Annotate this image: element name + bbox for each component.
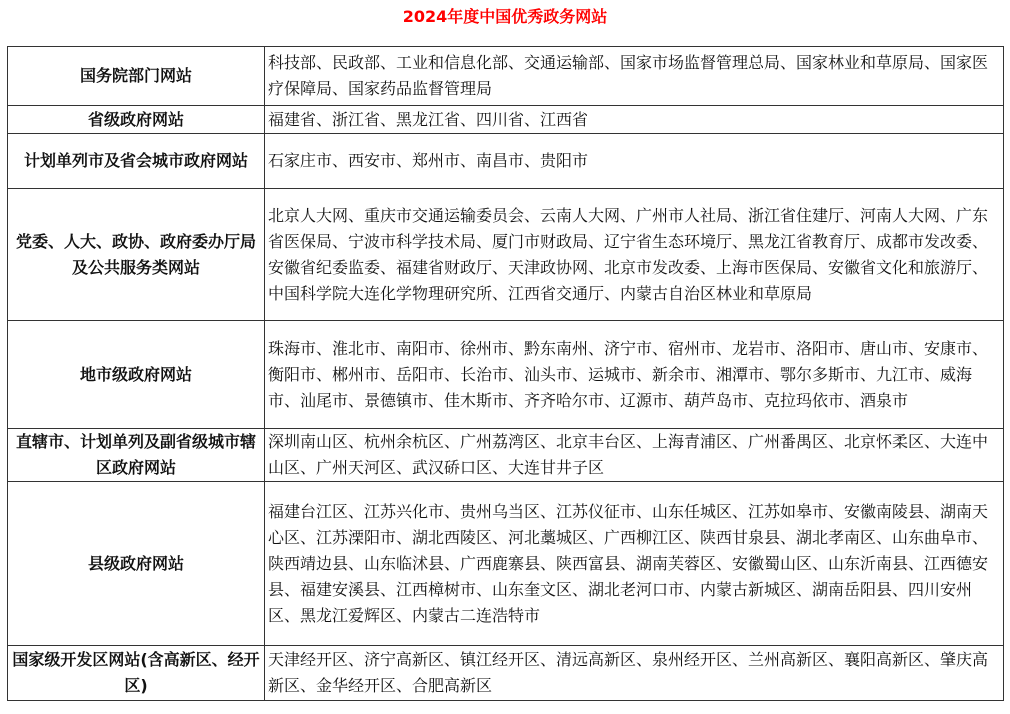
category-cell: 直辖市、计划单列及副省级城市辖区政府网站 — [8, 429, 265, 482]
table-row: 县级政府网站 福建台江区、江苏兴化市、贵州乌当区、江苏仪征市、山东任城区、江苏如… — [8, 482, 1004, 646]
table-row: 国家级开发区网站(含高新区、经开区) 天津经开区、济宁高新区、镇江经开区、清远高… — [8, 646, 1004, 701]
sites-cell: 福建省、浙江省、黑龙江省、四川省、江西省 — [265, 106, 1004, 134]
category-cell: 党委、人大、政协、政府委办厅局及公共服务类网站 — [8, 189, 265, 321]
table-row: 直辖市、计划单列及副省级城市辖区政府网站 深圳南山区、杭州余杭区、广州荔湾区、北… — [8, 429, 1004, 482]
category-cell: 计划单列市及省会城市政府网站 — [8, 134, 265, 189]
table-row: 计划单列市及省会城市政府网站 石家庄市、西安市、郑州市、南昌市、贵阳市 — [8, 134, 1004, 189]
table-row: 省级政府网站 福建省、浙江省、黑龙江省、四川省、江西省 — [8, 106, 1004, 134]
awards-table: 国务院部门网站 科技部、民政部、工业和信息化部、交通运输部、国家市场监督管理总局… — [7, 46, 1004, 701]
category-cell: 县级政府网站 — [8, 482, 265, 646]
category-cell: 国务院部门网站 — [8, 47, 265, 106]
sites-cell: 北京人大网、重庆市交通运输委员会、云南人大网、广州市人社局、浙江省住建厅、河南人… — [265, 189, 1004, 321]
category-cell: 省级政府网站 — [8, 106, 265, 134]
page-title: 2024年度中国优秀政务网站 — [0, 6, 1010, 28]
sites-cell: 天津经开区、济宁高新区、镇江经开区、清远高新区、泉州经开区、兰州高新区、襄阳高新… — [265, 646, 1004, 701]
table-row: 党委、人大、政协、政府委办厅局及公共服务类网站 北京人大网、重庆市交通运输委员会… — [8, 189, 1004, 321]
category-cell: 国家级开发区网站(含高新区、经开区) — [8, 646, 265, 701]
table-row: 国务院部门网站 科技部、民政部、工业和信息化部、交通运输部、国家市场监督管理总局… — [8, 47, 1004, 106]
sites-cell: 深圳南山区、杭州余杭区、广州荔湾区、北京丰台区、上海青浦区、广州番禺区、北京怀柔… — [265, 429, 1004, 482]
category-cell: 地市级政府网站 — [8, 321, 265, 429]
sites-cell: 科技部、民政部、工业和信息化部、交通运输部、国家市场监督管理总局、国家林业和草原… — [265, 47, 1004, 106]
sites-cell: 石家庄市、西安市、郑州市、南昌市、贵阳市 — [265, 134, 1004, 189]
sites-cell: 福建台江区、江苏兴化市、贵州乌当区、江苏仪征市、山东任城区、江苏如皋市、安徽南陵… — [265, 482, 1004, 646]
table-row: 地市级政府网站 珠海市、淮北市、南阳市、徐州市、黔东南州、济宁市、宿州市、龙岩市… — [8, 321, 1004, 429]
sites-cell: 珠海市、淮北市、南阳市、徐州市、黔东南州、济宁市、宿州市、龙岩市、洛阳市、唐山市… — [265, 321, 1004, 429]
